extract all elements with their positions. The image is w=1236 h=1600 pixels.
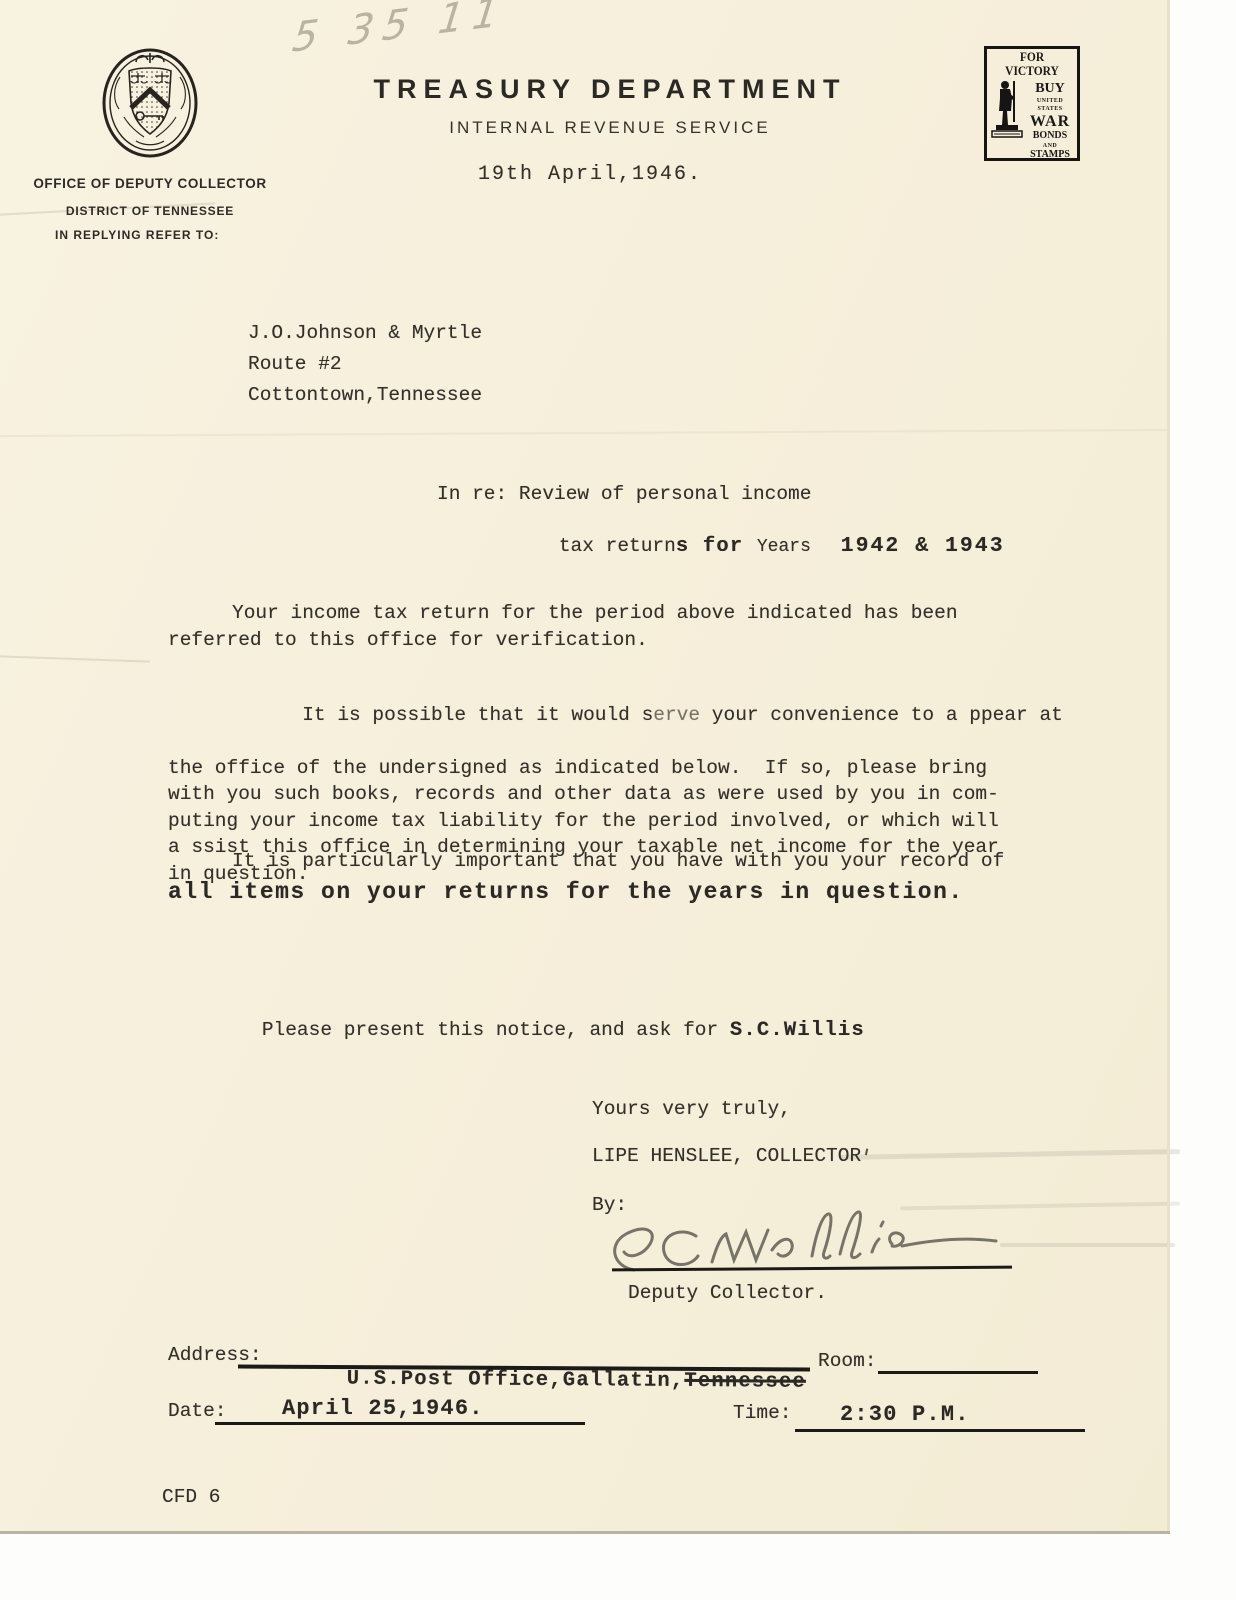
refer-line: IN REPLYING REFER TO: xyxy=(55,228,219,242)
pencil-reference-number: 5 35 11 xyxy=(290,0,510,62)
body-line: Your income tax return for the period ab… xyxy=(232,600,958,627)
district-line: DISTRICT OF TENNESSEE xyxy=(30,204,270,218)
body-text: It is possible that it would s xyxy=(302,704,653,726)
in-re-part: tax return xyxy=(559,535,676,557)
body-text: your convenience to a ppear at xyxy=(700,704,1063,726)
show-through-mark xyxy=(840,1149,1180,1160)
letter-paper: 5 35 11 OFFICE OF DEPUTY COLLECTOR DISTR… xyxy=(0,0,1170,1534)
stamp-for-victory-label: FOR VICTORY xyxy=(992,50,1071,78)
date-label: Date: xyxy=(168,1398,227,1425)
office-line: OFFICE OF DEPUTY COLLECTOR xyxy=(30,176,270,191)
time-label: Time: xyxy=(733,1400,792,1427)
in-re-part: Years xyxy=(757,537,811,557)
stamp-states-label: STATES xyxy=(1025,106,1075,112)
body-line: referred to this office for verification… xyxy=(168,627,958,654)
fold-crease xyxy=(0,655,150,662)
recipient-address-block: J.O.Johnson & Myrtle Route #2 Cottontown… xyxy=(248,318,482,411)
body-line: the office of the undersigned as indicat… xyxy=(168,755,1063,782)
stamp-bonds-label: BONDS xyxy=(1025,131,1075,141)
form-code: CFD 6 xyxy=(162,1484,221,1511)
closing-salutation: Yours very truly, xyxy=(592,1096,791,1123)
address-value-struck: Tennessee xyxy=(684,1369,806,1393)
recipient-line: Cottontown,Tennessee xyxy=(248,380,482,411)
stamp-stamps-label: STAMPS xyxy=(1025,150,1075,160)
letterhead-subtitle: INTERNAL REVENUE SERVICE xyxy=(340,118,880,138)
paper-edge xyxy=(1167,0,1170,1531)
time-rule xyxy=(795,1429,1085,1432)
in-re-part: s for xyxy=(676,535,757,558)
minuteman-statue-icon xyxy=(989,78,1025,144)
stamp-united-label: UNITED xyxy=(1025,98,1075,104)
show-through-mark xyxy=(1000,1243,1175,1247)
recipient-line: J.O.Johnson & Myrtle xyxy=(248,318,482,349)
notice-text: Please present this notice, and ask for xyxy=(262,1019,730,1041)
body-line: with you such books, records and other d… xyxy=(168,781,1063,808)
notice-line: Please present this notice, and ask for … xyxy=(215,990,865,1071)
date-value: April 25,1946. xyxy=(282,1396,484,1423)
contact-name: S.C.Willis xyxy=(730,1019,865,1042)
war-bonds-stamp: FOR VICTORY BUY UNITED STATES WAR BONDS … xyxy=(984,46,1080,161)
signer-title: Deputy Collector. xyxy=(628,1280,827,1307)
fold-crease xyxy=(0,429,1170,437)
date-rule xyxy=(215,1422,585,1425)
paragraph-1: Your income tax return for the period ab… xyxy=(168,600,958,653)
room-rule xyxy=(878,1371,1038,1374)
stamp-buy-label: BUY xyxy=(1025,82,1075,96)
room-label: Room: xyxy=(818,1348,877,1375)
treasury-seal-icon xyxy=(100,45,200,160)
in-re-years: 1942 & 1943 xyxy=(811,534,1005,558)
stamp-war-label: WAR xyxy=(1025,114,1075,130)
recipient-line: Route #2 xyxy=(248,349,482,380)
time-value: 2:30 P.M. xyxy=(840,1402,970,1429)
faded-word: erve xyxy=(653,704,700,726)
collector-name-line: LIPE HENSLEE, COLLECTOR xyxy=(592,1143,861,1170)
body-line: puting your income tax liability for the… xyxy=(168,808,1063,835)
scanned-letter-page: { "pencil_number": "5 35 11", "office": … xyxy=(0,0,1236,1600)
address-value-main: U.S.Post Office,Gallatin, xyxy=(347,1367,685,1392)
in-re-line2: tax returns for Years 1942 & 1943 xyxy=(512,506,1005,587)
letterhead-title: TREASURY DEPARTMENT xyxy=(340,74,880,105)
emphasized-line: all items on your returns for the years … xyxy=(168,875,1004,909)
in-re-line1: In re: Review of personal income xyxy=(437,481,811,508)
letter-date: 19th April,1946. xyxy=(478,162,702,189)
body-line: It is possible that it would serve your … xyxy=(232,675,1063,755)
body-line: It is particularly important that you ha… xyxy=(232,848,1004,875)
paragraph-3: It is particularly important that you ha… xyxy=(168,848,1004,909)
